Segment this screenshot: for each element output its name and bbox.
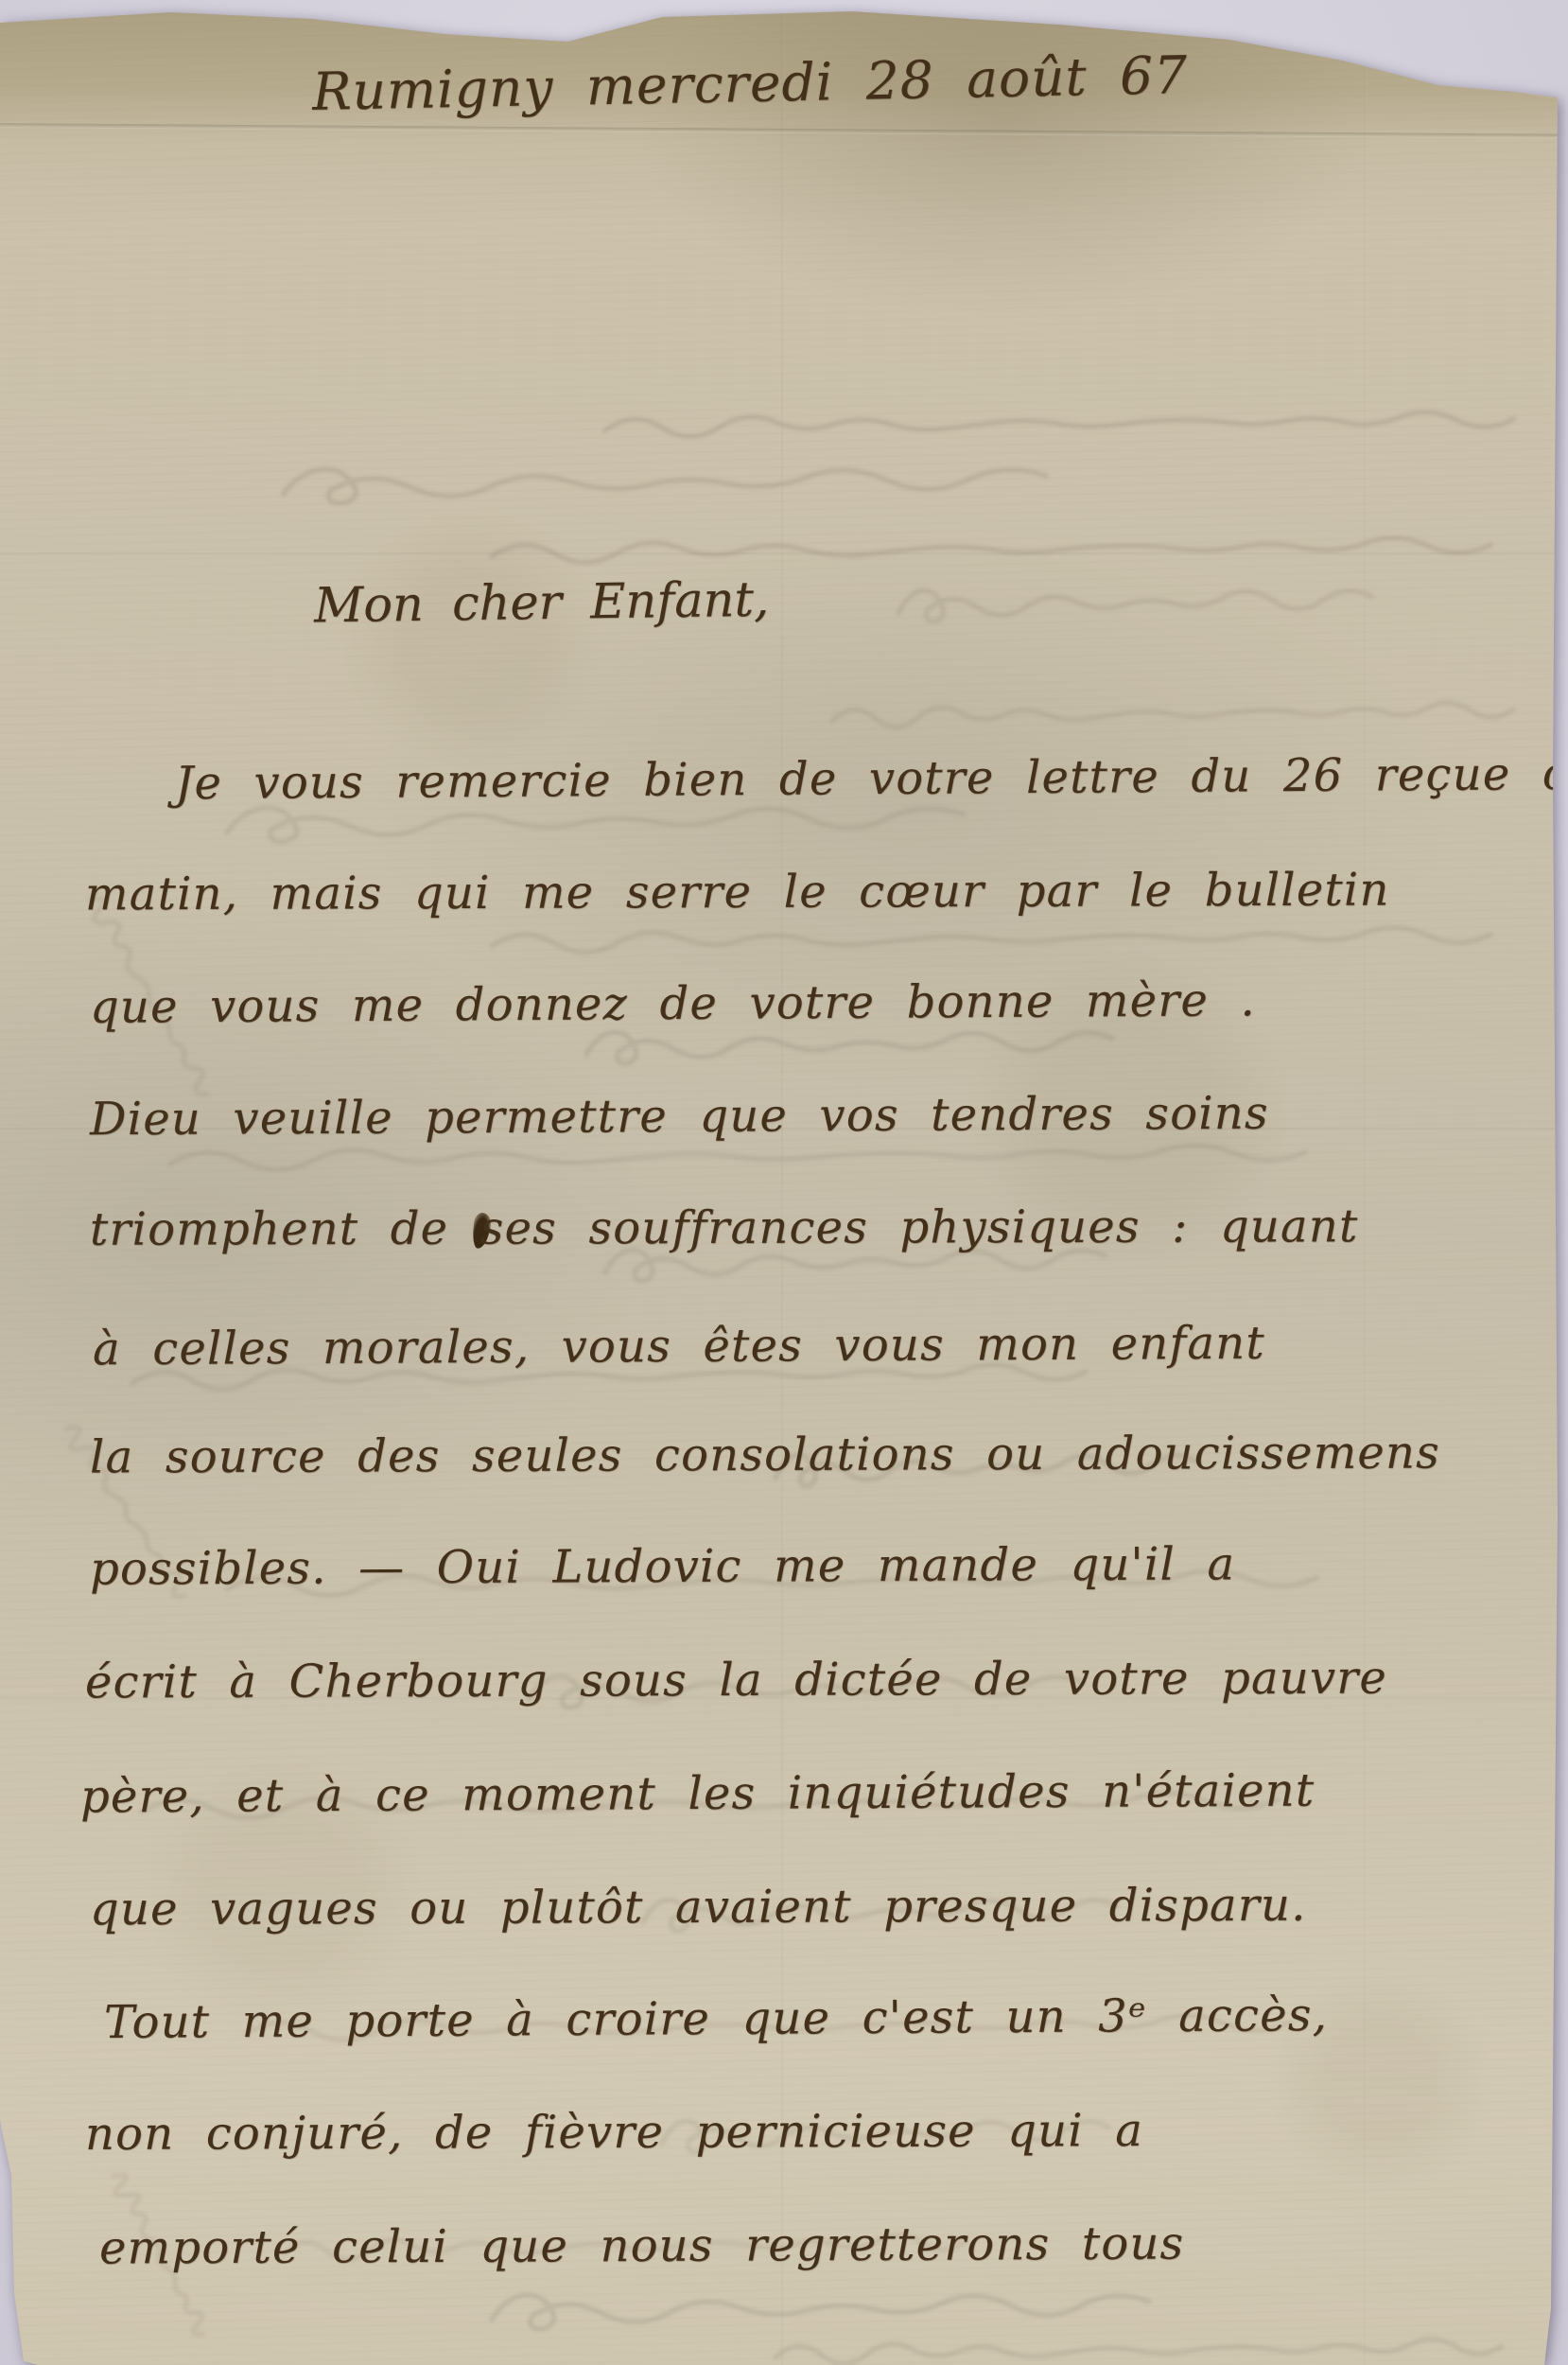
body-line-11: que vagues ou plutôt avaient presque dis… — [90, 1879, 1307, 1936]
body-line-4: Dieu veuille permettre que vos tendres s… — [90, 1087, 1269, 1147]
body-line-14: emporté celui que nous regretterons tous — [99, 2216, 1185, 2274]
body-line-5: triomphent de ses souffrances physiques … — [90, 1200, 1359, 1256]
body-line-13: non conjuré, de fièvre pernicieuse qui a — [85, 2104, 1143, 2161]
salutation-line: Mon cher Enfant, — [314, 572, 770, 635]
dateline: Rumigny mercredi 28 août 67 — [311, 44, 1188, 122]
fold-crease-corner — [1213, 28, 1568, 109]
body-line-9: écrit à Cherbourg sous la dictée de votr… — [85, 1652, 1387, 1709]
body-line-3: que vous me donnez de votre bonne mère . — [90, 973, 1256, 1034]
body-line-6: à celles morales, vous êtes vous mon enf… — [93, 1317, 1265, 1375]
photo-background: Rumigny mercredi 28 août 67 Mon cher Enf… — [0, 0, 1568, 2365]
body-line-10: père, et à ce moment les inquiétudes n'é… — [80, 1764, 1315, 1824]
body-line-12: Tout me porte à croire que c'est un 3ᵉ a… — [104, 1988, 1328, 2049]
body-line-8: possibles. — Oui Ludovic me mande qu'il … — [90, 1537, 1235, 1595]
body-line-7: la source des seules consolations ou ado… — [90, 1427, 1440, 1484]
body-line-1: Je vous remercie bien de votre lettre du… — [175, 747, 1568, 810]
letter-paper: Rumigny mercredi 28 août 67 Mon cher Enf… — [0, 0, 1568, 2365]
fold-crease-vertical — [1364, 0, 1368, 2365]
fold-crease — [0, 552, 1568, 557]
body-line-2: matin, mais qui me serre le cœur par le … — [85, 864, 1390, 921]
fold-crease-top — [0, 123, 1568, 139]
